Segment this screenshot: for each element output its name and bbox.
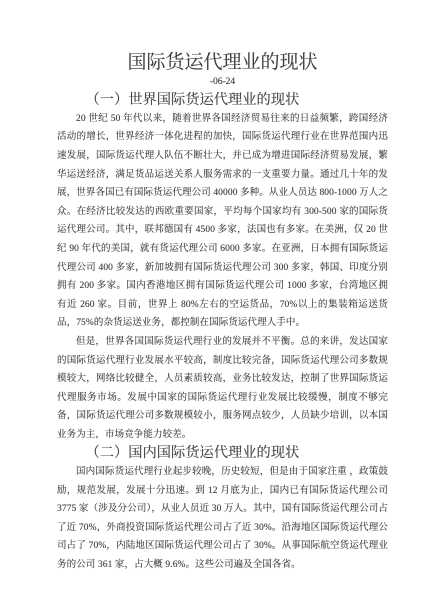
document-title: 国际货运代理业的现状 xyxy=(57,54,388,73)
document-date: -06-24 xyxy=(57,73,388,92)
section-2-paragraph-1: 国内国际货运代理行业起步较晚，历史较短，但是由于国家注重 ，政策鼓励，规范发展，… xyxy=(57,463,388,575)
section-1-heading: （一）世界国际货运代理业的现状 xyxy=(57,91,388,110)
section-1-paragraph-2: 但是，世界各国国际货运代理行业的发展并不平衡。总的来讲，发达国家的国际货运代理行… xyxy=(57,333,388,445)
section-1-paragraph-1: 20 世纪 50 年代以来，随着世界各国经济贸易往来的日益频繁，跨国经济活动的增… xyxy=(57,110,388,333)
section-2-heading: （二）国内国际货运代理业的现状 xyxy=(57,444,388,463)
document-page: 国际货运代理业的现状 -06-24 （一）世界国际货运代理业的现状 20 世纪 … xyxy=(0,0,424,600)
